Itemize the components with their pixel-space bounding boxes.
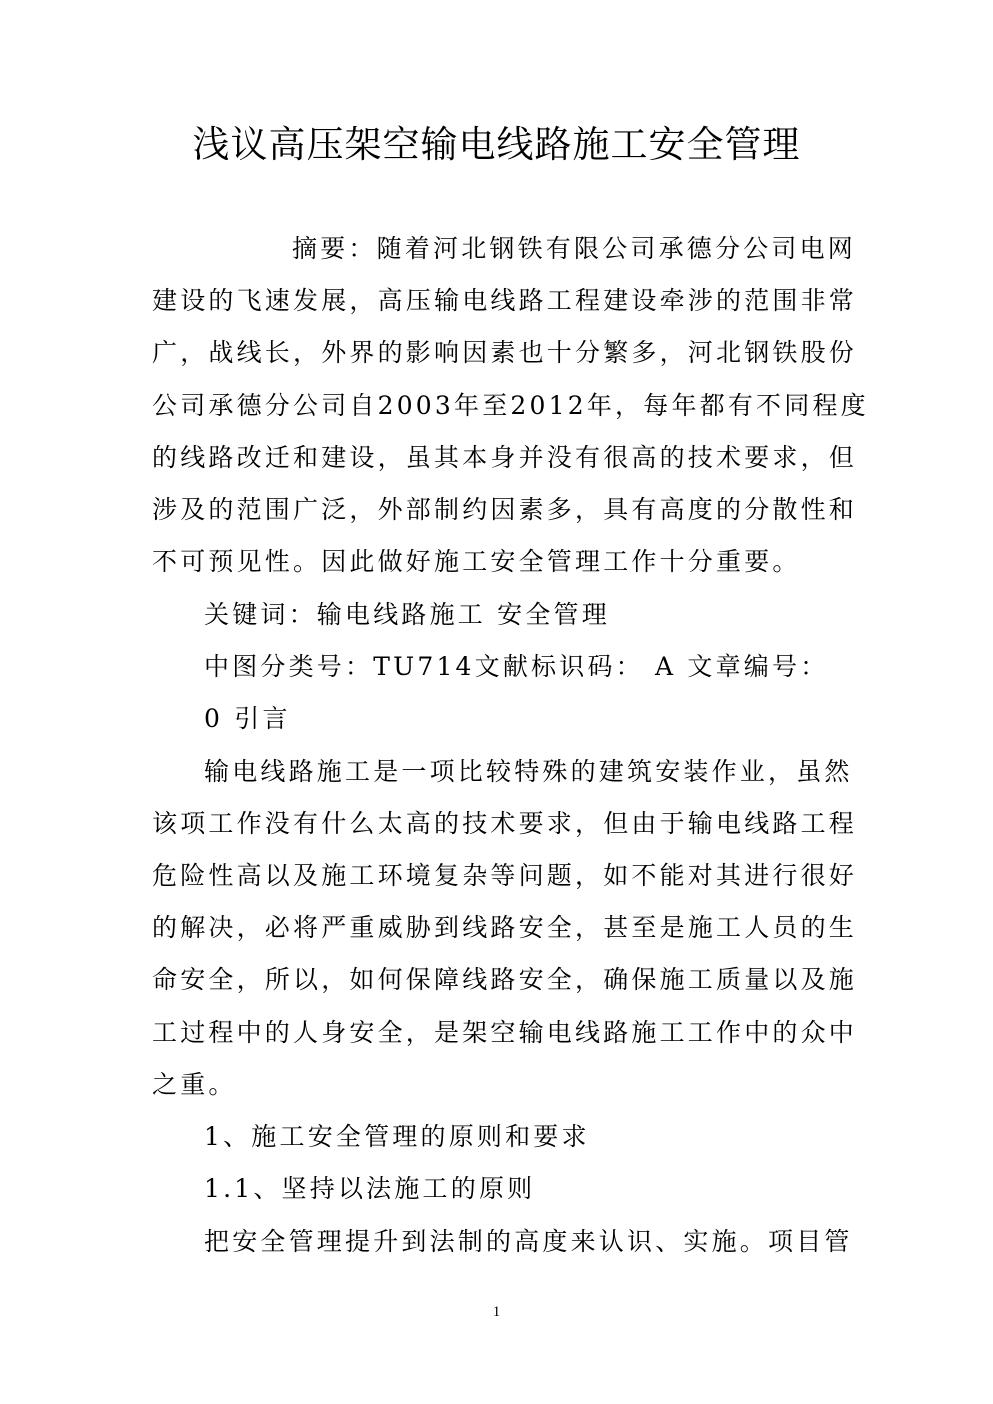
text-line: 涉及的范围广泛，外部制约因素多，具有高度的分散性和 — [152, 493, 822, 527]
text-line: 关键词：输电线路施工 安全管理 — [204, 598, 874, 632]
text-line: 之重。 — [152, 1068, 822, 1102]
text-line: 命安全，所以，如何保障线路安全，确保施工质量以及施 — [152, 963, 822, 997]
text-line: 公司承德分公司自2003年至2012年，每年都有不同程度 — [152, 389, 822, 423]
text-line: 把安全管理提升到法制的高度来认识、实施。项目管 — [204, 1225, 874, 1259]
text-line: 建设的飞速发展，高压输电线路工程建设牵涉的范围非常 — [152, 284, 822, 318]
text-line: 输电线路施工是一项比较特殊的建筑安装作业，虽然 — [204, 755, 874, 789]
document-page: 浅议高压架空输电线路施工安全管理 摘要：随着河北钢铁有限公司承德分公司电网建设的… — [0, 0, 993, 1404]
text-line: 危险性高以及施工环境复杂等问题，如不能对其进行很好 — [152, 859, 822, 893]
document-title: 浅议高压架空输电线路施工安全管理 — [0, 120, 993, 170]
text-line: 中图分类号：TU714文献标识码： A 文章编号： — [204, 650, 874, 684]
text-line: 的线路改迁和建设，虽其本身并没有很高的技术要求，但 — [152, 441, 822, 475]
text-line: 工过程中的人身安全，是架空输电线路施工工作中的众中 — [152, 1016, 822, 1050]
text-line: 该项工作没有什么太高的技术要求，但由于输电线路工程 — [152, 807, 822, 841]
text-line: 的解决，必将严重威胁到线路安全，甚至是施工人员的生 — [152, 911, 822, 945]
text-line: 广，战线长，外界的影响因素也十分繁多，河北钢铁股份 — [152, 336, 822, 370]
text-line: 1.1、坚持以法施工的原则 — [204, 1172, 874, 1206]
text-line: 不可预见性。因此做好施工安全管理工作十分重要。 — [152, 545, 822, 579]
text-line: 0 引言 — [204, 702, 874, 736]
text-line: 摘要：随着河北钢铁有限公司承德分公司电网 — [292, 232, 962, 266]
text-line: 1、施工安全管理的原则和要求 — [204, 1120, 874, 1154]
page-number: 1 — [0, 1302, 993, 1322]
